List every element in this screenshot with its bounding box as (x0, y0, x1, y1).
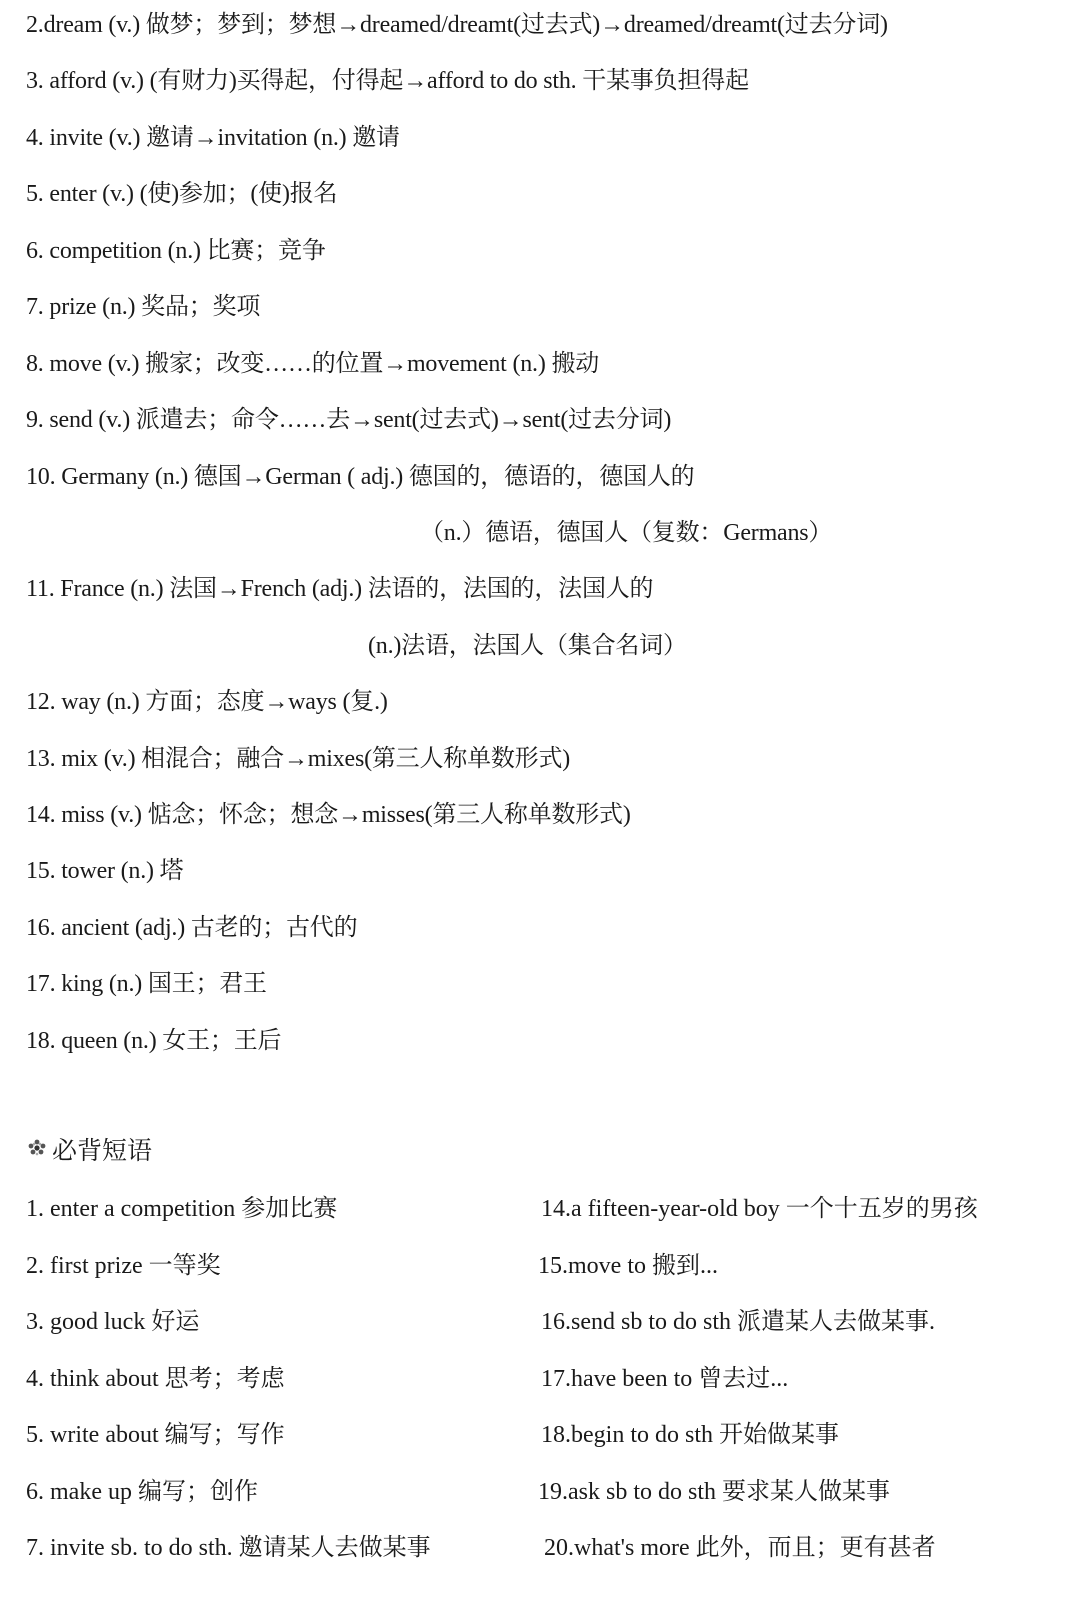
vocab-item: 8. move (v.) 搬家；改变……的位置→movement (n.) 搬动 (26, 349, 599, 379)
phrase-item: 18.begin to do sth 开始做某事 (541, 1420, 839, 1450)
vocab-item: 18. queen (n.) 女王；王后 (26, 1026, 281, 1056)
vocab-item: 10. Germany (n.) 德国→German ( adj.) 德国的，德… (26, 462, 694, 492)
vocab-item: 5. enter (v.) (使)参加；(使)报名 (26, 179, 337, 209)
vocab-item: 14. miss (v.) 惦念；怀念；想念→misses(第三人称单数形式) (26, 800, 631, 830)
phrase-item: 19.ask sb to do sth 要求某人做某事 (538, 1477, 890, 1507)
vocab-item: 13. mix (v.) 相混合；融合→mixes(第三人称单数形式) (26, 744, 570, 774)
section-title: 必背短语 (52, 1136, 152, 1166)
phrase-item: 5. write about 编写；写作 (26, 1420, 285, 1450)
section-heading: 必背短语 (26, 1136, 152, 1166)
phrase-item: 6. make up 编写；创作 (26, 1477, 258, 1507)
phrase-item: 14.a fifteen-year-old boy 一个十五岁的男孩 (541, 1194, 978, 1224)
vocab-item: 3. afford (v.) (有财力)买得起，付得起→afford to do… (26, 66, 749, 96)
vocab-item: 6. competition (n.) 比赛；竞争 (26, 236, 326, 266)
phrase-item: 16.send sb to do sth 派遣某人去做某事. (541, 1307, 935, 1337)
phrase-item: 7. invite sb. to do sth. 邀请某人去做某事 (26, 1533, 431, 1563)
phrase-item: 2. first prize 一等奖 (26, 1251, 221, 1281)
vocab-item: 12. way (n.) 方面；态度→ways (复.) (26, 687, 388, 717)
vocab-item: 16. ancient (adj.) 古老的；古代的 (26, 913, 357, 943)
vocab-item: 2.dream (v.) 做梦；梦到；梦想→dreamed/dreamt(过去式… (26, 10, 888, 40)
phrase-item: 4. think about 思考；考虑 (26, 1364, 285, 1394)
vocab-item: 9. send (v.) 派遣去；命令……去→sent(过去式)→sent(过去… (26, 405, 671, 435)
vocab-item: 4. invite (v.) 邀请→invitation (n.) 邀请 (26, 123, 400, 153)
vocab-item: 7. prize (n.) 奖品；奖项 (26, 292, 260, 322)
vocab-item: 15. tower (n.) 塔 (26, 856, 183, 886)
vocab-item: 17. king (n.) 国王；君王 (26, 969, 267, 999)
phrase-item: 20.what's more 此外，而且；更有甚者 (544, 1533, 936, 1563)
phrase-item: 1. enter a competition 参加比赛 (26, 1194, 337, 1224)
vocab-item-continuation: （n.）德语，德国人（复数：Germans） (420, 518, 832, 548)
phrase-item: 3. good luck 好运 (26, 1307, 199, 1337)
flower-bullet-icon (26, 1136, 48, 1158)
vocab-item-continuation: (n.)法语，法国人（集合名词） (368, 631, 687, 661)
phrase-item: 15.move to 搬到... (538, 1251, 718, 1281)
vocab-item: 11. France (n.) 法国→French (adj.) 法语的，法国的… (26, 574, 653, 604)
phrase-item: 17.have been to 曾去过... (541, 1364, 788, 1394)
